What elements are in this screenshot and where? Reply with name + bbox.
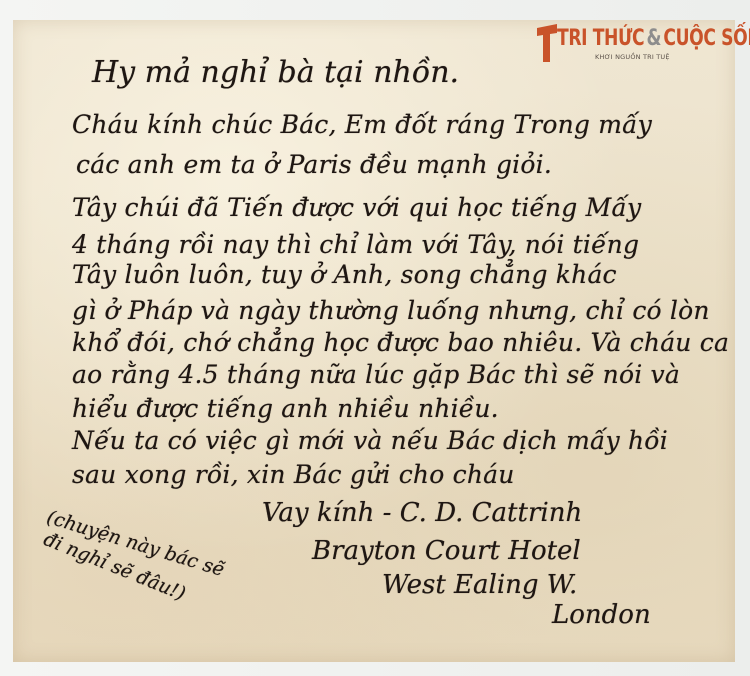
photo-frame: TRI THỨC&CUỘC SỐNG KHƠI NGUỒN TRI TUỆ Hy… [0, 0, 750, 676]
logo-title-part2: CUỘC SỐNG [663, 26, 750, 51]
letter-line-6: gì ở Pháp và ngày thường luống nhưng, ch… [72, 298, 710, 323]
address-line-2: West Ealing W. [382, 572, 577, 598]
letter-line-11: sau xong rồi, xin Bác gửi cho cháu [72, 462, 515, 487]
address-line-3: London [552, 602, 651, 628]
letter-line-3: Tây chúi đã Tiến được với qui học tiếng … [72, 195, 641, 220]
logo-t-mark-icon [537, 24, 557, 62]
letter-line-1: Cháu kính chúc Bác, Em đốt ráng Trong mấ… [72, 112, 652, 137]
letter-line-5: Tây luôn luôn, tuy ở Anh, song chẳng khá… [72, 262, 617, 287]
letter-line-9: hiểu được tiếng anh nhiều nhiều. [72, 396, 499, 421]
letter-line-2: các anh em ta ở Paris đều mạnh giỏi. [76, 152, 552, 177]
logo-title-part1: TRI THỨC [557, 26, 644, 51]
letter-line-10: Nếu ta có việc gì mới và nếu Bác dịch mấ… [72, 428, 668, 453]
logo-tagline: KHƠI NGUỒN TRI TUỆ [595, 53, 670, 61]
publisher-logo: TRI THỨC&CUỘC SỐNG KHƠI NGUỒN TRI TUỆ [537, 22, 737, 68]
address-line-1: Brayton Court Hotel [312, 538, 581, 564]
logo-title: TRI THỨC&CUỘC SỐNG [557, 26, 750, 52]
letter-line-7: khổ đói, chớ chẳng học được bao nhiêu. V… [72, 330, 729, 355]
letter-greeting: Hy mả nghỉ bà tại nhồn. [92, 58, 459, 88]
letter-closing-signature: Vay kính - C. D. Cattrinh [262, 500, 582, 526]
letter-line-4: 4 tháng rồi nay thì chỉ làm với Tây, nói… [72, 232, 639, 257]
logo-ampersand: & [647, 26, 662, 51]
letter-line-8: ao rằng 4.5 tháng nữa lúc gặp Bác thì sẽ… [72, 362, 680, 387]
